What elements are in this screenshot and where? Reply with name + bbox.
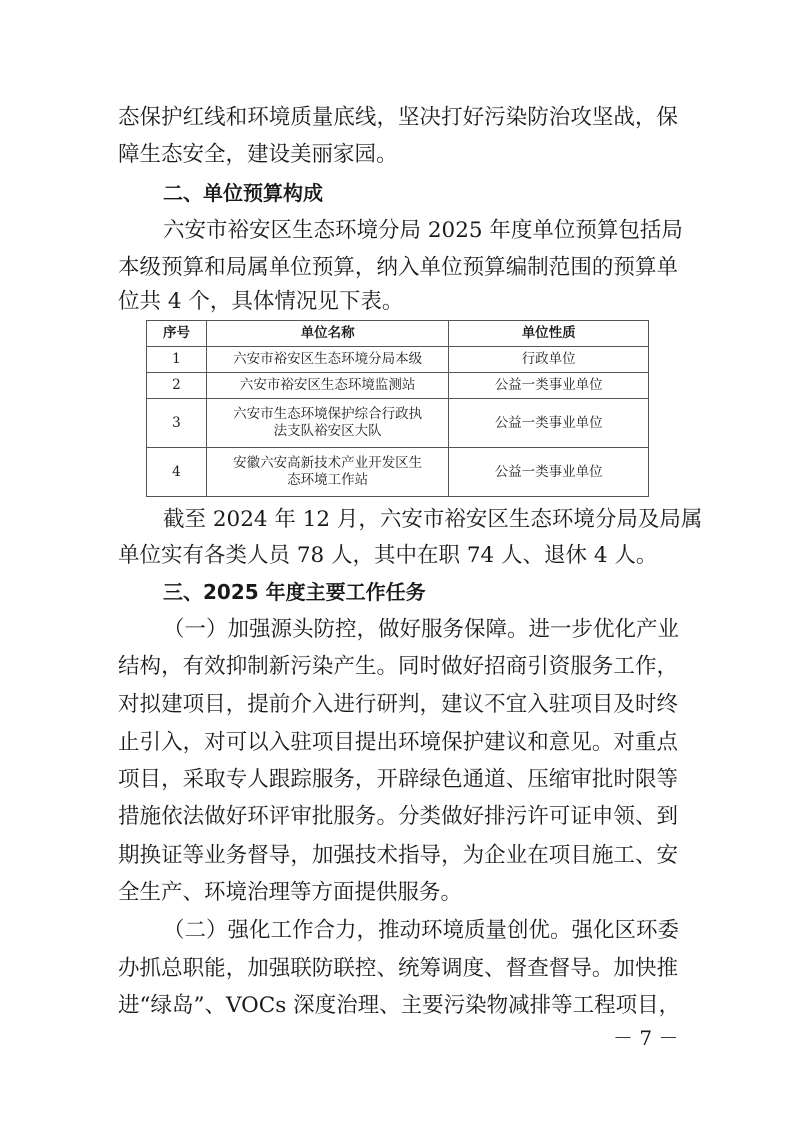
body-text-line: 全生产、环境治理等方面提供服务。: [118, 878, 678, 908]
body-text-line: 对拟建项目，提前介入进行研判，建议不宜入驻项目及时终: [118, 690, 678, 720]
body-text-line: 措施依法做好环评审批服务。分类做好排污许可证申领、到: [118, 802, 678, 832]
cell-unit-name: 六安市生态环境保护综合行政执 法支队裕安区大队: [206, 399, 448, 448]
body-text-line: 障生态安全，建设美丽家园。: [118, 140, 678, 170]
cell-unit-type: 行政单位: [449, 347, 649, 373]
body-text-line: 期换证等业务督导，加强技术指导，为企业在项目施工、安: [118, 841, 678, 871]
header-no: 序号: [147, 321, 207, 347]
table-row: 4 安徽六安高新技术产业开发区生 态环境工作站 公益一类事业单位: [147, 448, 649, 497]
cell-no: 2: [147, 373, 207, 399]
body-text-line: 单位实有各类人员 78 人，其中在职 74 人、退休 4 人。: [118, 541, 678, 571]
cell-unit-type: 公益一类事业单位: [449, 448, 649, 497]
header-unit-name: 单位名称: [206, 321, 448, 347]
cell-unit-type: 公益一类事业单位: [449, 399, 649, 448]
body-text-line: 位共 4 个，具体情况见下表。: [118, 287, 678, 317]
table-row: 2 六安市裕安区生态环境监测站 公益一类事业单位: [147, 373, 649, 399]
cell-unit-name: 六安市裕安区生态环境监测站: [206, 373, 448, 399]
body-text-line: 六安市裕安区生态环境分局 2025 年度单位预算包括局: [163, 216, 678, 246]
budget-units-table: 序号 单位名称 单位性质 1 六安市裕安区生态环境分局本级 行政单位 2 六安市…: [146, 320, 649, 497]
body-text-line: 截至 2024 年 12 月，六安市裕安区生态环境分局及局属: [163, 505, 678, 535]
page-number: － 7 －: [613, 1022, 678, 1051]
cell-unit-name-line: 态环境工作站: [211, 472, 444, 489]
section-heading-2: 二、单位预算构成: [163, 178, 323, 208]
body-text-line: 办抓总职能，加强联防联控、统筹调度、督查督导。加快推: [118, 954, 678, 984]
cell-unit-name: 六安市裕安区生态环境分局本级: [206, 347, 448, 373]
table-row: 3 六安市生态环境保护综合行政执 法支队裕安区大队 公益一类事业单位: [147, 399, 649, 448]
table-row: 1 六安市裕安区生态环境分局本级 行政单位: [147, 347, 649, 373]
section-heading-3: 三、2025 年度主要工作任务: [163, 577, 426, 607]
body-text-line: （二）强化工作合力，推动环境质量创优。强化区环委: [163, 916, 678, 946]
body-text-line: 结构，有效抑制新污染产生。同时做好招商引资服务工作，: [118, 652, 678, 682]
body-text-line: 进“绿岛”、VOCs 深度治理、主要污染物减排等工程项目，: [118, 991, 678, 1021]
cell-unit-name-line: 法支队裕安区大队: [211, 423, 444, 440]
cell-no: 3: [147, 399, 207, 448]
cell-no: 1: [147, 347, 207, 373]
header-unit-type: 单位性质: [449, 321, 649, 347]
cell-unit-type: 公益一类事业单位: [449, 373, 649, 399]
body-text-line: 本级预算和局属单位预算，纳入单位预算编制范围的预算单: [118, 253, 678, 283]
body-text-line: 项目，采取专人跟踪服务，开辟绿色通道、压缩审批时限等: [118, 765, 678, 795]
cell-unit-name-line: 六安市生态环境保护综合行政执: [211, 406, 444, 423]
table-header-row: 序号 单位名称 单位性质: [147, 321, 649, 347]
body-text-line: 止引入，对可以入驻项目提出环境保护建议和意见。对重点: [118, 728, 678, 758]
cell-unit-name: 安徽六安高新技术产业开发区生 态环境工作站: [206, 448, 448, 497]
cell-unit-name-line: 安徽六安高新技术产业开发区生: [211, 455, 444, 472]
cell-no: 4: [147, 448, 207, 497]
body-text-line: 态保护红线和环境质量底线，坚决打好污染防治攻坚战，保: [118, 103, 678, 133]
body-text-line: （一）加强源头防控，做好服务保障。进一步优化产业: [163, 615, 678, 645]
